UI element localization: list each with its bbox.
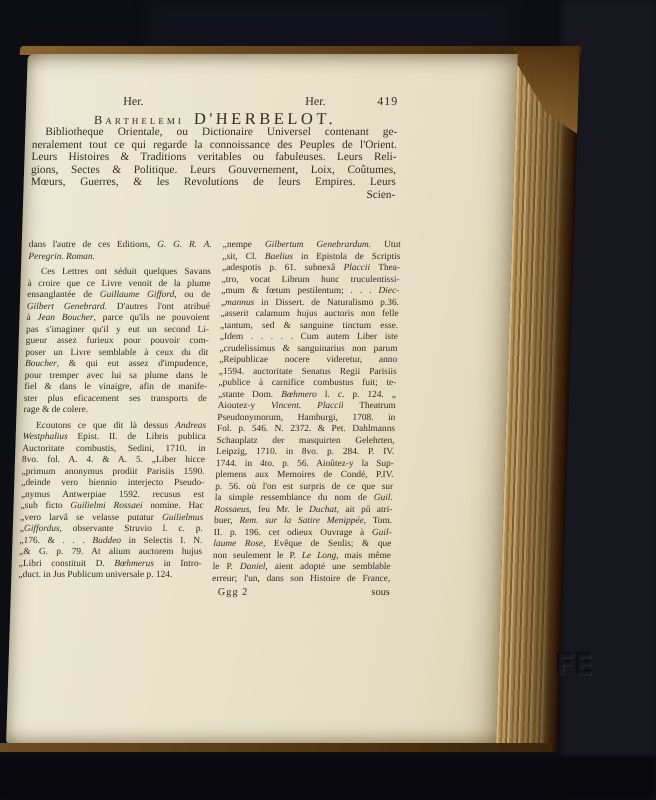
text-line: Pseudonymorum, Hamburgi, 1708. in — [217, 413, 395, 425]
text-line: neralement tout ce qui regarde la connoi… — [32, 139, 397, 152]
text-line: Auctoritate combustis, Sedini, 1710. in — [22, 444, 205, 456]
text-line: buer, Rem. sur la Satire Menippée, Tom. — [214, 516, 392, 528]
text-line: „sit, Cl. Baelius in Epistola de Scripti… — [222, 252, 400, 264]
text-line: dans l'autre de ces Editions, G. G. R. A… — [29, 240, 212, 252]
text-line: „crudelissimus & sanguinarius non parum — [219, 344, 397, 356]
background-sheen — [150, 0, 510, 50]
text-line: Aioutez-y Vincent. Placcii Theatrum — [217, 401, 395, 413]
running-head-left: Her. — [123, 94, 144, 109]
text-line: „publice à carnifice combustus fuit; te- — [218, 378, 396, 390]
text-line: gueur assez furieux pour pouvoir com- — [26, 336, 209, 348]
text-line: ensanglantée de Guillaume Gifford, ou de — [27, 290, 210, 302]
page-number: 419 — [377, 94, 398, 109]
page-content: Her. Her. 419 BarthelemiD'HERBELOT. Bibl… — [13, 54, 400, 744]
text-line: gions, Sectes & Politique. Leurs Gouvern… — [31, 164, 396, 177]
text-line: „Idem . . . . . Cum autem Liber iste — [220, 332, 398, 344]
text-line: Peregrin. Roman. — [28, 252, 211, 264]
text-line: Ces Lettres ont séduit quelques Savans — [28, 267, 211, 279]
running-head-center: Her. — [305, 94, 326, 109]
text-line: Rossaeus, feu Mr. le Duchat, ait pû atri… — [214, 505, 392, 517]
footer-line: Ggg 2 sous — [212, 587, 390, 600]
text-line: „adespotis p. 61. subnexâ Placcii Thea- — [222, 263, 400, 275]
text-line: laume Rose, Evêque de Senlis; & que — [213, 539, 391, 551]
background-bottom-band — [0, 756, 656, 800]
text-line: „Reipublicae nocere videretur, anno — [219, 355, 397, 367]
text-line: plemens aux Memoires de Condé, P.IV. — [215, 470, 393, 482]
text-line: 1744. in 4to. p. 56. Aioûtez-y la Sup- — [216, 459, 394, 471]
text-line: „nempe Gilbertum Genebrardum. Utut — [223, 240, 401, 252]
text-line: Leipzig, 1710. in 8vo. p. 284. P. IV. — [216, 447, 394, 459]
text-line: „sub ficto Guilielmi Rossaei nomine. Hac — [20, 501, 203, 513]
text-line: le P. Daniel, aient adopté une semblable — [212, 562, 390, 574]
text-line: Leurs Histoires & Traditions veritables … — [31, 151, 396, 164]
text-line: II. p. 196. cet odieux Ouvrage à Guil- — [214, 528, 392, 540]
text-line: Mœurs, Guerres, & les Revolutions de leu… — [31, 176, 396, 189]
text-line: „176. & . . . Buddeo in Selectis I. N. — [19, 536, 202, 548]
embossed-stamp: FE — [556, 649, 594, 682]
text-line: la simple ressemblance du nom de Guil. — [215, 493, 393, 505]
text-line: ster plus eficacement ses transports de — [24, 394, 207, 406]
text-line: „1594. auctoritate Senatus Regii Parisii… — [219, 367, 397, 379]
text-line: „mannus in Dissert. de Naturalismo p.36. — [221, 298, 399, 310]
signature-mark: Ggg 2 — [218, 587, 249, 598]
book: Her. Her. 419 BarthelemiD'HERBELOT. Bibl… — [6, 46, 580, 752]
text-line: Ecoutons ce que dit là dessus Andreas — [23, 421, 206, 433]
text-line: „asserit calamum hujus auctoris non fell… — [220, 309, 398, 321]
text-line: „Giffordus, observante Struvio l. c. p. — [20, 524, 203, 536]
text-line: Schauplatz der masquirten Gelehrten, — [216, 436, 394, 448]
text-line: „mum & fœtum pestilentum; . . . Diec- — [221, 286, 399, 298]
text-line: p. 56. où l'on est surpris de ce que sur — [215, 482, 393, 494]
text-line: à croire que ce Livre venoit de la plume — [27, 279, 210, 291]
text-line: fiel & dans le vinaigre, afin de manife- — [24, 382, 207, 394]
text-line: „stante Dom. Bœhmero l. c. p. 124. „ — [218, 390, 396, 402]
text-line: Bibliotheque Orientale, ou Dictionaire U… — [32, 126, 397, 139]
text-line: „duct. in Jus Publicum universale p. 124… — [18, 570, 201, 582]
article-title-forename: Barthelemi — [94, 113, 184, 127]
text-line: Boucher, & qui eut assez d'impudence, — [25, 359, 208, 371]
text-line: „Libri constituit D. Bœhmerus in Intro- — [19, 559, 202, 571]
text-line: „primum anonymus prodiit Parisiis 1590. — [21, 467, 204, 479]
text-line: Scien- — [30, 189, 395, 202]
text-line: „tantum, sed & sanguine tinctum esse. — [220, 321, 398, 333]
text-line: Westphalius Epist. II. de Libris publica — [23, 432, 206, 444]
catchword: sous — [371, 587, 390, 598]
text-line: „vero larvâ se velasse putatur Guilielmu… — [20, 513, 203, 525]
text-line: pas s'imaginer qu'il y eut un second Li- — [26, 325, 209, 337]
book-cover-bottom-edge — [0, 743, 552, 752]
text-column-right: „nempe Gilbertum Genebrardum. Utut„sit, … — [212, 240, 401, 585]
text-line: pour tremper avec lui sa plume dans le — [24, 371, 207, 383]
text-line: erreur; l'un, dans son Histoire de Franc… — [212, 574, 390, 586]
text-line: Fol. p. 546. N. 2372. & Pet. Dahlmanns — [217, 424, 395, 436]
text-line: à Jean Boucher, parce qu'ils ne pouvoien… — [26, 313, 209, 325]
text-line: „& G. p. 79. At alium auctorem hujus — [19, 547, 202, 559]
text-line: poser un Livre semblable à ceux du dit — [25, 348, 208, 360]
text-line: „deinde vero biennio interjecto Pseudo- — [21, 478, 204, 490]
running-header: Her. Her. 419 — [33, 94, 398, 108]
scanned-book-photo: { "page_header": { "left_heading": "Her.… — [0, 0, 656, 800]
intro-paragraph: Bibliotheque Orientale, ou Dictionaire U… — [30, 126, 397, 201]
book-page: Her. Her. 419 BarthelemiD'HERBELOT. Bibl… — [6, 54, 518, 744]
text-line: „tro, vocat Librum hunc truculentissi- — [221, 275, 399, 287]
text-line: 8vo. fol. A. 4. & A. 5. „Liber hicce — [22, 455, 205, 467]
text-line: rage & de colere. — [23, 405, 206, 417]
text-column-left: dans l'autre de ces Editions, G. G. R. A… — [18, 240, 212, 582]
text-line: non seulement le P. Le Long, mais même — [213, 551, 391, 563]
text-line: „nymus Antwerpiae 1592. recusus est — [21, 490, 204, 502]
text-line: Gilbert Genebrard. D'autres l'ont atribu… — [27, 302, 210, 314]
